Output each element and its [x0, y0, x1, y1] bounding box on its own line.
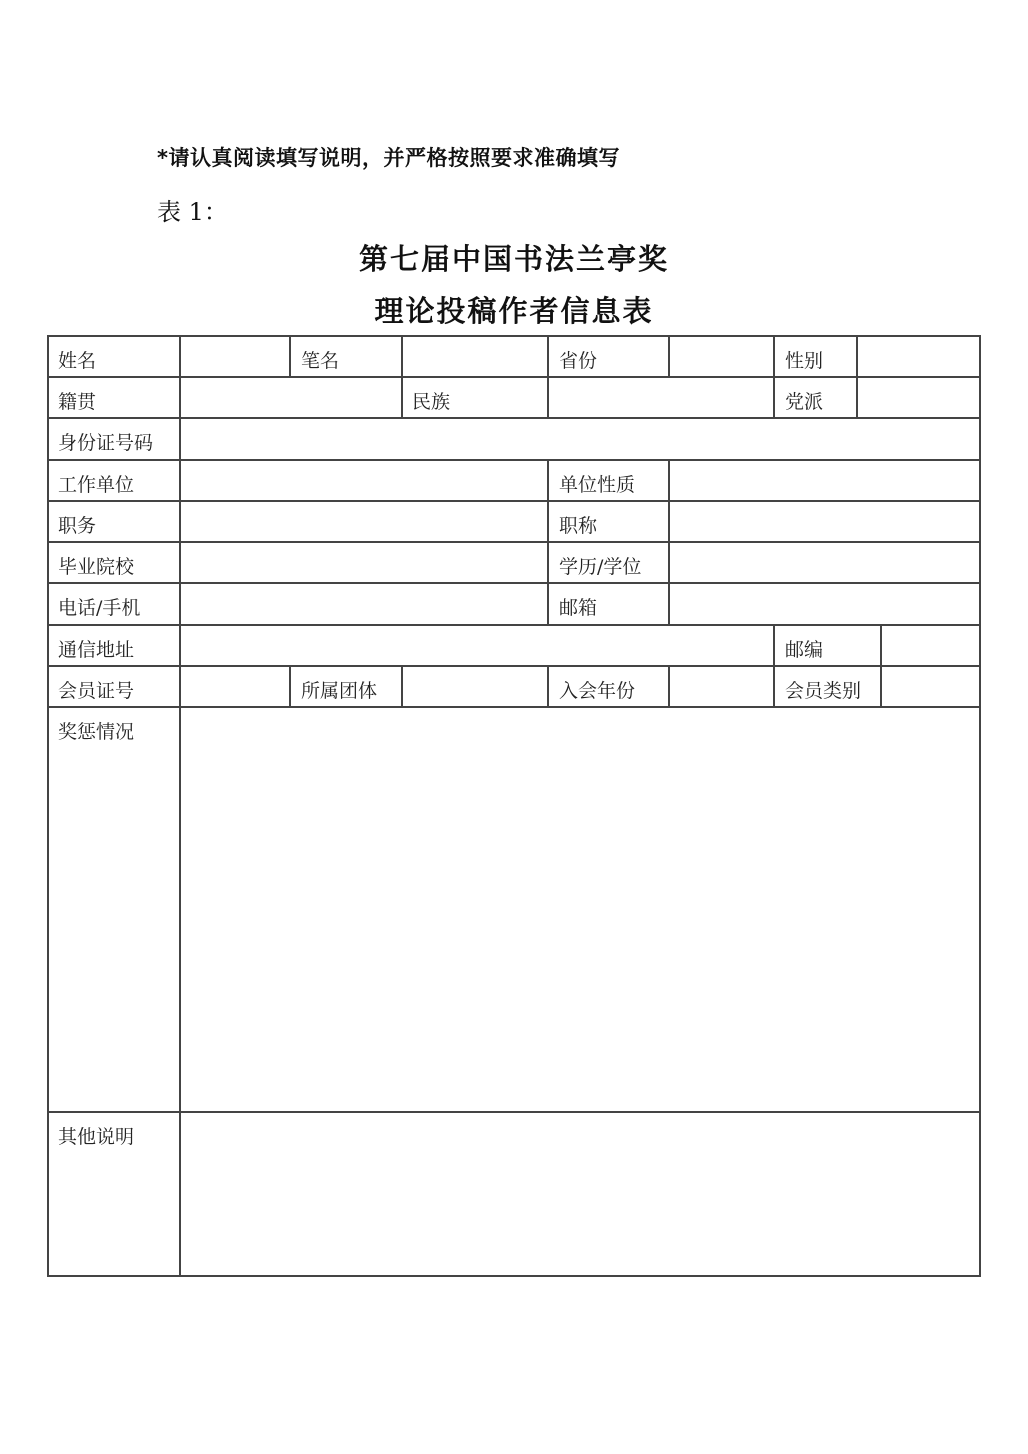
field-province[interactable] [670, 337, 773, 377]
label-province: 省份 [559, 346, 597, 373]
col-divider [289, 665, 291, 708]
field-postcode[interactable] [882, 626, 979, 666]
field-name[interactable] [181, 337, 289, 377]
field-member-id[interactable] [181, 667, 289, 707]
label-organization: 所属团体 [301, 676, 377, 703]
field-unit-nature[interactable] [670, 461, 979, 501]
label-ethnicity: 民族 [412, 387, 450, 414]
label-gender: 性别 [785, 346, 823, 373]
field-title[interactable] [670, 502, 979, 542]
label-pen-name: 笔名 [301, 346, 339, 373]
label-postcode: 邮编 [785, 635, 823, 662]
field-native-place[interactable] [181, 378, 401, 418]
label-school: 毕业院校 [58, 552, 134, 579]
col-divider [289, 335, 291, 377]
label-member-type: 会员类别 [785, 676, 861, 703]
label-title: 职称 [559, 511, 597, 538]
field-work-unit[interactable] [181, 461, 547, 501]
field-member-type[interactable] [882, 667, 979, 707]
field-organization[interactable] [403, 667, 547, 707]
label-native-place: 籍贯 [58, 387, 96, 414]
field-join-year[interactable] [670, 667, 773, 707]
label-email: 邮箱 [559, 593, 597, 620]
field-school[interactable] [181, 543, 547, 583]
col-divider [773, 335, 775, 418]
col-divider [773, 624, 775, 708]
label-phone: 电话/手机 [58, 593, 140, 620]
field-other[interactable] [181, 1113, 979, 1275]
col-divider [547, 665, 549, 708]
label-awards: 奖惩情况 [58, 717, 134, 744]
field-party[interactable] [858, 378, 979, 418]
label-member-id: 会员证号 [58, 676, 134, 703]
label-address: 通信地址 [58, 635, 134, 662]
label-work-unit: 工作单位 [58, 470, 134, 497]
field-degree[interactable] [670, 543, 979, 583]
field-position[interactable] [181, 502, 547, 542]
field-id-number[interactable] [181, 419, 979, 459]
field-gender[interactable] [858, 337, 979, 377]
author-info-form: 姓名 笔名 省份 性别 籍贯 民族 党派 身份证号码 工作单位 单位性质 职务 … [0, 0, 1028, 1454]
field-pen-name[interactable] [403, 337, 547, 377]
col-divider [547, 459, 549, 626]
label-other: 其他说明 [58, 1122, 134, 1149]
label-party: 党派 [785, 387, 823, 414]
label-join-year: 入会年份 [559, 676, 635, 703]
field-ethnicity[interactable] [549, 378, 773, 418]
field-phone[interactable] [181, 584, 547, 624]
label-unit-nature: 单位性质 [559, 470, 635, 497]
label-name: 姓名 [58, 346, 96, 373]
label-degree: 学历/学位 [559, 552, 641, 579]
field-awards[interactable] [181, 708, 979, 1111]
label-position: 职务 [58, 511, 96, 538]
field-email[interactable] [670, 584, 979, 624]
field-address[interactable] [181, 626, 773, 666]
label-id-number: 身份证号码 [58, 428, 153, 455]
